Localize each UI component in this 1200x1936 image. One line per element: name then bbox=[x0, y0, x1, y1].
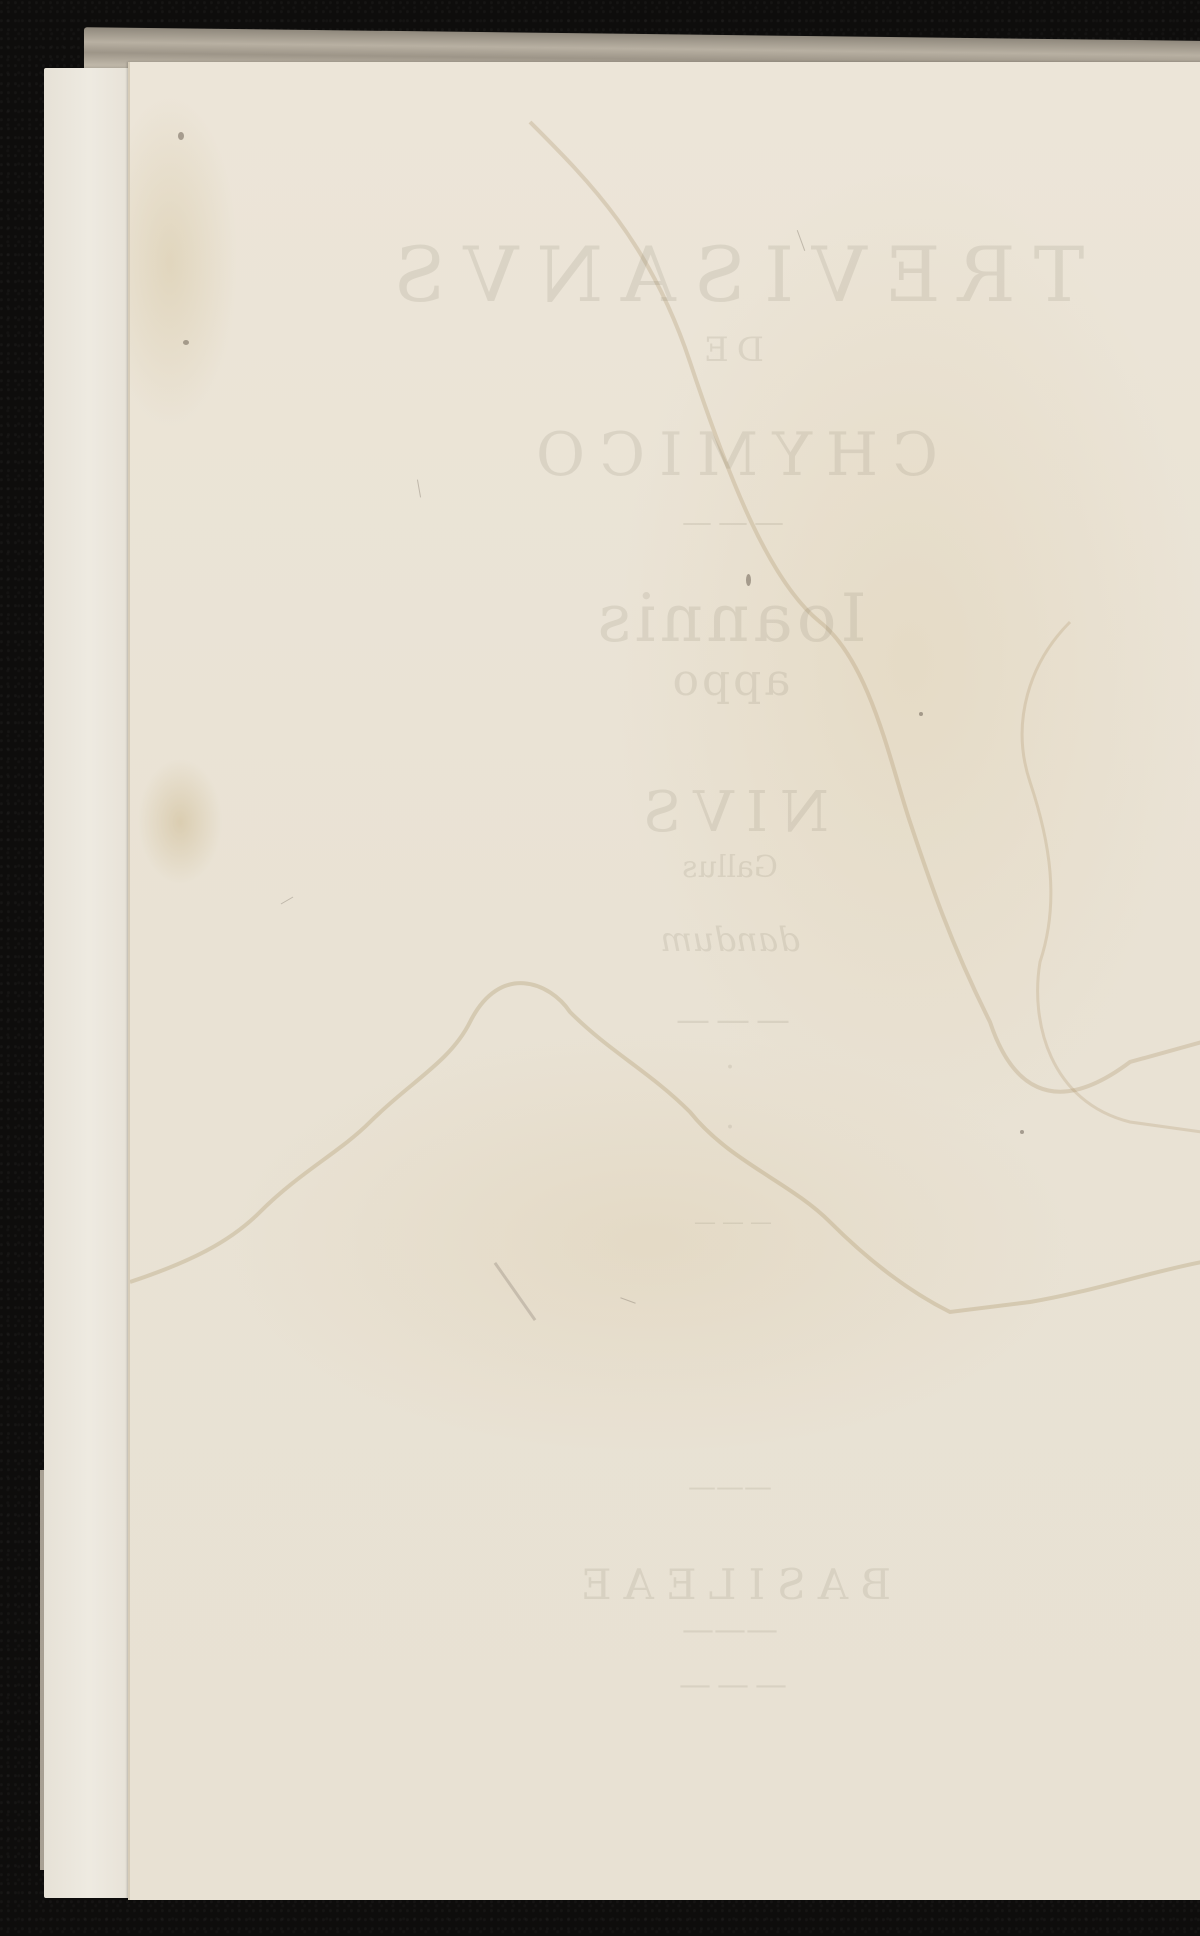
paper-fleck bbox=[1020, 1130, 1024, 1134]
paper-fleck bbox=[178, 132, 184, 140]
paper-fleck bbox=[919, 712, 923, 716]
paper-fleck bbox=[746, 574, 751, 586]
paper-fleck bbox=[183, 340, 189, 345]
water-stain-outline bbox=[130, 62, 1200, 1900]
blank-verso-page bbox=[128, 62, 1200, 1900]
